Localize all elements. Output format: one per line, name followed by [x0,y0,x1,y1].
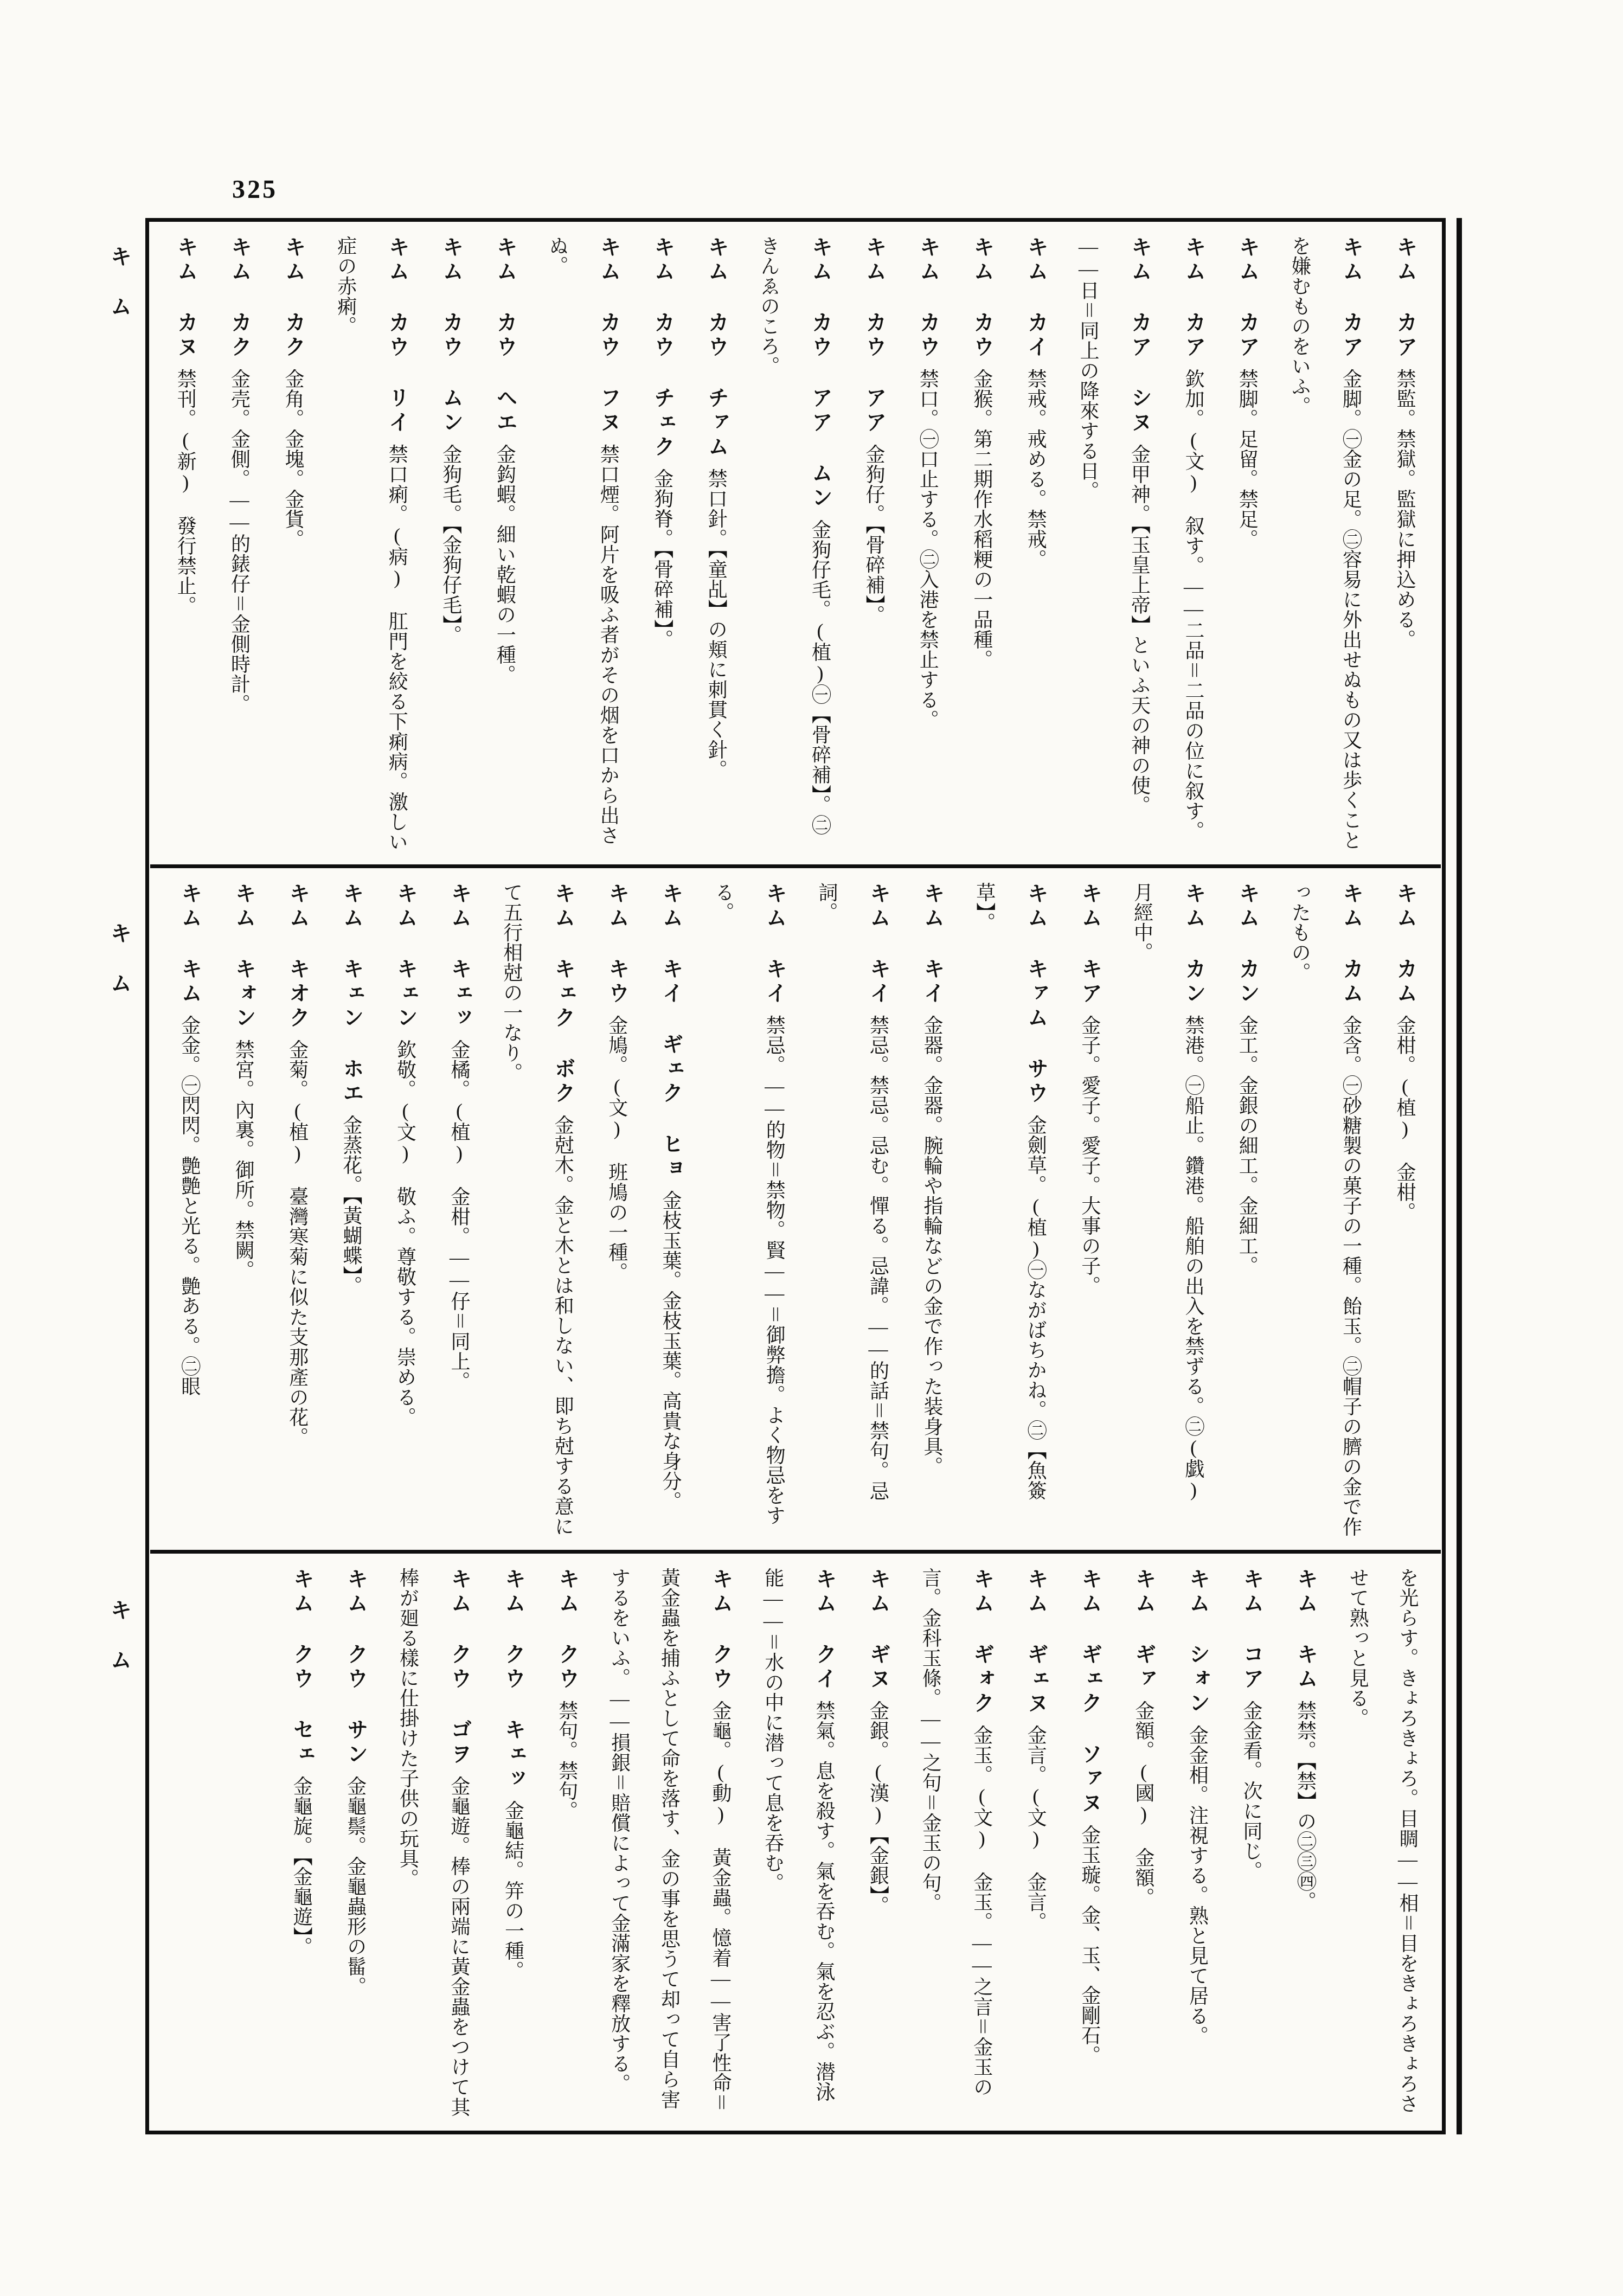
dictionary-entry: キム カウ フヌ禁口煙。阿片を吸ふ者がその烟を口から出さぬ。 [532,236,636,852]
entry-definition: 金壳。金側。——的錶仔＝金側時計。 [229,369,251,714]
entry-definition: 欽加。(文) 叙す。——二品＝二品の位に叙す。 [1183,369,1204,841]
entry-headword: キム カウ [916,236,940,360]
dictionary-entry: キム カン金工。金銀の細工。金細工。 [1221,882,1274,1538]
entry-headword: キム ギェク ソァヌ [1079,1568,1102,1816]
entry-headword: キム コア [1240,1568,1263,1692]
dictionary-section-2: キム カム金柑。(植) 金柑。キム カム金含。㊀砂糖製の菓子の一種。飴玉。㊁帽子… [149,868,1442,1550]
dictionary-entry: キム カア欽加。(文) 叙す。——二品＝二品の位に叙す。 [1166,236,1220,852]
entry-headword: キム カウ チァム [705,236,728,460]
dictionary-entry: キム カウ禁口。㊀口止する。㊁入港を禁止する。 [901,236,955,852]
dictionary-entry: キム カム金含。㊀砂糖製の菓子の一種。飴玉。㊁帽子の臍の金で作ったもの。 [1274,882,1378,1538]
entry-headword: キム カウ [971,236,994,360]
dictionary-entry: キム クウ ゴヲ金龜遊。棒の兩端に黃金蟲をつけて其棒が廻る樣に仕掛けた子供の玩具… [383,1568,486,2119]
entry-headword: キム キェン ホエ [340,882,363,1106]
entry-definition: 禁口。㊀口止する。㊁入港を禁止する。 [917,369,939,730]
entry-definition: 金龜旋。【金龜遊】。 [291,1776,312,1957]
entry-headword: キム キム [1294,1568,1317,1692]
dictionary-entry: キム キム禁禁。【禁】の㊁㊂㊃。 [1279,1568,1332,2119]
entry-definition: 禁口針。【童乩】の頬に刺貫く針。 [705,469,727,780]
entry-headword: キム カア シヌ [1128,236,1151,435]
dictionary-entry: キム クウ禁句。禁句。 [540,1568,594,2119]
dictionary-entry: キム キァム サウ金劍草。(植)㊀ながばちかね。㊁【魚簽草】。 [959,882,1063,1538]
dictionary-entry: キム キイ禁忌。——的物＝禁物。賢——＝御弊擔。よく物忌をする。 [698,882,801,1538]
entry-definition: 金器。金器。腕輪や指輪などの金で作った装身具。 [921,1015,943,1477]
dictionary-entry: キム カア シヌ金甲神。【玉皇上帝】といふ天の神の使。——日＝同上の降來する日。 [1063,236,1166,852]
dictionary-entry: キム カウ ムン金狗毛。【金狗仔毛】。 [424,236,478,852]
entry-headword: キム カウ ヘエ [493,236,517,435]
entry-headword: キム キイ ギェク ヒョ [659,882,683,1182]
dictionary-entry: キム カウ チェク金狗脊。【骨碎補】。 [636,236,689,852]
dictionary-entry: キム クウ セェ金龜旋。【金龜遊】。 [275,1568,329,2119]
entry-headword: キム ギァ [1132,1568,1156,1692]
entry-headword: キム ギォク [971,1568,994,1716]
dictionary-entry: キム ギヌ金銀。(漢)【金銀】。 [851,1568,905,2119]
entry-headword: キム カク [228,236,252,360]
dictionary-entry: キム クイ禁氣。息を殺す。氣を吞む。氣を忍ぶ。潜泳能——＝水の中に潜って息を吞む… [748,1568,851,2119]
entry-headword: キム キイ [867,882,890,1006]
dictionary-entry: キム カム金柑。(植) 金柑。 [1378,882,1432,1538]
entry-definition: 禁監。禁獄。監獄に押込める。 [1394,369,1416,650]
entry-headword: キム キイ [921,882,944,1006]
dictionary-entry: キム キイ ギェク ヒョ金枝玉葉。金枝玉葉。高貴な身分。 [644,882,698,1538]
entry-definition: 金狗仔。【骨碎補】。 [863,444,885,625]
entry-headword: キム カウ フヌ [597,236,620,435]
entry-definition: 金銀。(漢)【金銀】。 [868,1701,889,1916]
entry-definition: 金狗脊。【骨碎補】。 [652,469,673,650]
entry-headword: キム クウ [709,1568,733,1692]
dictionary-entry: キム キェン ホエ金蒸花。【黃蝴蝶】。 [325,882,379,1538]
dictionary-entry: キム キム金金。㊀閃閃。艶艶と光る。艶ある。㊁眼 [163,882,216,1538]
entry-definition: 金金看。次に同じ。 [1241,1701,1262,1881]
entry-headword: キム カム [1340,882,1363,1006]
entry-definition: 禁脚。足留。禁足。 [1236,369,1258,549]
entry-definition: 金工。金銀の細工。金細工。 [1236,1015,1258,1276]
entry-headword: キム クウ セェ [290,1568,313,1767]
dictionary-entry: キム カヌ禁刊。(新) 發行禁止。 [159,236,213,852]
entry-definition: 金蒸花。【黃蝴蝶】。 [341,1115,362,1296]
dictionary-entry: キム カウ リイ禁口痢。(病) 肛門を絞る下痢病。激しい症の赤痢。 [320,236,424,852]
entry-headword: キム カイ [1024,236,1048,360]
entry-headword: キム キァム サウ [1024,882,1048,1106]
dictionary-entry: キム カア禁監。禁獄。監獄に押込める。 [1378,236,1432,852]
entry-definition: 金龜鬃。金龜蟲形の髷。 [345,1776,367,1997]
dictionary-entry: キム クウ サン金龜鬃。金龜蟲形の髷。 [329,1568,382,2119]
scanned-dictionary-page: { "page": { "number": "325", "margin_lab… [0,0,1623,2296]
entry-headword: キム カウ リイ [386,236,409,435]
entry-headword: キム キム [178,882,202,1006]
dictionary-entry: キム キェン欽敬。(文) 敬ふ。尊敬する。崇める。 [379,882,432,1538]
entry-definition: 金言。(文) 金言。 [1025,1725,1047,1932]
entry-headword: キム カア [1340,236,1363,360]
dictionary-entry: キム キェク ボク金尅木。金と木とは和しない、即ち尅する意にて五行相尅の一なり。 [486,882,590,1538]
dictionary-entry: キム シォン金金相。注視する。熟と見て居る。 [1171,1568,1224,2119]
dictionary-page-frame: キム カア禁監。禁獄。監獄に押込める。キム カア金脚。㊀金の足。㊁容易に外出せぬ… [145,218,1446,2134]
entry-definition: 金柑。(植) 金柑。 [1394,1015,1416,1222]
section-divider [150,864,1441,868]
dictionary-entry: キム カク金角。金塊。金貨。 [267,236,320,852]
dictionary-entry: キム カア金脚。㊀金の足。㊁容易に外出せぬもの又は歩くことを嫌むものをいふ。 [1274,236,1378,852]
dictionary-entry: キム カア禁脚。足留。禁足。 [1221,236,1274,852]
entry-definition: 金橘。(植) 金柑。——仔＝同上。 [448,1040,470,1391]
entry-headword: キム クイ [813,1568,836,1692]
dictionary-entry: キム カウ チァム禁口針。【童乩】の頬に刺貫く針。 [690,236,743,852]
entry-headword: キム クウ [556,1568,579,1692]
dictionary-entry: キム ギォク金玉。(文) 金玉。——之言＝金玉の言。金科玉條。——之句＝金玉の句… [906,1568,1009,2119]
entry-definition: 金狗毛。【金狗仔毛】。 [440,444,462,645]
entry-headword: キム カン [1236,882,1259,1006]
entry-definition: 欽敬。(文) 敬ふ。尊敬する。崇める。 [395,1040,416,1427]
dictionary-entry: キム クウ金龜。(動) 黃金蟲。憶着——害了性命＝黃金蟲を捕ふとして命を落す、金… [594,1568,748,2119]
dictionary-entry: キム コア金金看。次に同じ。 [1225,1568,1279,2119]
dictionary-entry: キム キイ禁忌。禁忌。忌む。憚る。忌諱。——的話＝禁句。忌詞。 [801,882,905,1538]
entry-headword: キム ギヌ [867,1568,890,1692]
entry-headword: キム キェン [394,882,418,1031]
entry-definition: 禁禁。【禁】の㊁㊂㊃。 [1294,1701,1316,1912]
entry-headword: キム キウ [606,882,629,1006]
dictionary-entry: キム ギェク ソァヌ金玉璇。金、玉、金剛石。 [1063,1568,1117,2119]
entry-definition: 金金。㊀閃閃。艶艶と光る。艶ある。㊁眼 [179,1015,201,1396]
margin-guide-word: キム [104,922,135,1022]
entry-headword: キム カア [1394,236,1417,360]
entry-definition: 金額。(國) 金額。 [1133,1701,1154,1908]
dictionary-entry: キム キェッ金橘。(植) 金柑。——仔＝同上。 [433,882,486,1538]
dictionary-entry: キム カウ アア ムン金狗仔毛。(植)㊀【骨碎補】。㊁きんゑのころ。 [743,236,847,852]
dictionary-entry: キム キア金子。愛子。愛子。大事の子。 [1063,882,1117,1538]
entry-definition: 金鈎蝦。細い乾蝦の一種。 [494,444,516,685]
margin-guide-word: キム [104,1599,135,1698]
entry-definition: 禁戒。戒める。禁戒。 [1025,369,1047,569]
entry-definition: 金玉璇。金、玉、金剛石。 [1079,1825,1101,2066]
entry-headword: キム カア [1182,236,1205,360]
entry-headword: キム カウ チェク [651,236,675,460]
entry-headword: キム キェッ [448,882,471,1031]
entry-headword: キム キオク [286,882,310,1031]
dictionary-entry: キム カク金壳。金側。——的錶仔＝金側時計。 [213,236,266,852]
entry-definition: 金枝玉葉。金枝玉葉。高貴な身分。 [660,1190,682,1511]
dictionary-entry: キム カウ アア金狗仔。【骨碎補】。 [847,236,901,852]
entry-definition: 禁宮。內裏。御所。禁闕。 [233,1040,254,1280]
entry-headword: キム カア [1236,236,1259,360]
entry-headword: キム クウ サン [344,1568,368,1767]
dictionary-entry: キム ギァ金額。(國) 金額。 [1117,1568,1171,2119]
entry-definition: 金菊。(植) 臺灣寒菊に似た支那產の花。 [287,1040,309,1447]
entry-headword: キム カウ アア ムン [809,236,832,511]
entry-definition: 禁句。禁句。 [556,1701,578,1821]
entry-headword: キム クウ ゴヲ [448,1568,471,1767]
dictionary-entry: キム キォン禁宮。內裏。御所。禁闕。 [217,882,271,1538]
dictionary-entry: キム カン禁港。㊀船止。鑽港。船舶の出入を禁ずる。㊁(戯) 月經中。 [1117,882,1221,1538]
entry-definition: 金龜結。笄の一種。 [502,1800,524,1981]
dictionary-entry: キム ギェヌ金言。(文) 金言。 [1009,1568,1063,2119]
dictionary-entry: を光らす。きょろきょろ。目睭——相＝目をきょろきょろさせて熟っと見る。 [1332,1568,1432,2119]
dictionary-entry: キム キウ金鳩。(文) 班鳩の一種。 [590,882,644,1538]
entry-headword: キム クウ キェッ [502,1568,525,1792]
dictionary-entry: キム キオク金菊。(植) 臺灣寒菊に似た支那產の花。 [271,882,324,1538]
dictionary-section-1: キム カア禁監。禁獄。監獄に押込める。キム カア金脚。㊀金の足。㊁容易に外出せぬ… [149,222,1442,864]
dictionary-entry: キム キイ金器。金器。腕輪や指輪などの金で作った装身具。 [906,882,959,1538]
entry-definition: 金猴。第二期作水稻粳の一品種。 [971,369,993,670]
entry-headword: キム カウ アア [863,236,886,435]
section-divider [150,1550,1441,1554]
entry-definition: 金角。金塊。金貨。 [283,369,304,549]
dictionary-section-3: を光らす。きょろきょろ。目睭——相＝目をきょろきょろさせて熟っと見る。キム キム… [149,1554,1442,2131]
dictionary-entry: キム カウ ヘエ金鈎蝦。細い乾蝦の一種。 [478,236,532,852]
entry-definition: を光らす。きょろきょろ。目睭——相＝目をきょろきょろさせて熟っと見る。 [1347,1568,1419,2114]
entry-headword: キム シォン [1186,1568,1210,1716]
dictionary-entry: キム クウ キェッ金龜結。笄の一種。 [486,1568,540,2119]
frame-right-rule [1457,218,1462,2134]
entry-headword: キム カウ ムン [440,236,463,435]
entry-headword: キム ギェヌ [1024,1568,1048,1716]
entry-definition: 金子。愛子。愛子。大事の子。 [1079,1015,1101,1296]
dictionary-entry: キム カウ金猴。第二期作水稻粳の一品種。 [955,236,1009,852]
page-number: 325 [232,175,278,204]
margin-guide-word: キム [104,245,135,345]
entry-headword: キム カヌ [174,236,197,360]
entry-definition: 金鳩。(文) 班鳩の一種。 [606,1015,628,1282]
entry-headword: キム カン [1182,882,1205,1006]
dictionary-entry: キム カイ禁戒。戒める。禁戒。 [1009,236,1063,852]
entry-headword: キム カク [282,236,305,360]
entry-definition: 禁刊。(新) 發行禁止。 [175,369,196,616]
entry-headword: キム キア [1079,882,1102,1006]
entry-headword: キム キェク ボク [551,882,575,1106]
entry-definition: 金金相。注視する。熟と見て居る。 [1187,1725,1209,2046]
entry-headword: キム キイ [763,882,786,1006]
entry-headword: キム カム [1394,882,1417,1006]
entry-headword: キム キォン [232,882,255,1031]
